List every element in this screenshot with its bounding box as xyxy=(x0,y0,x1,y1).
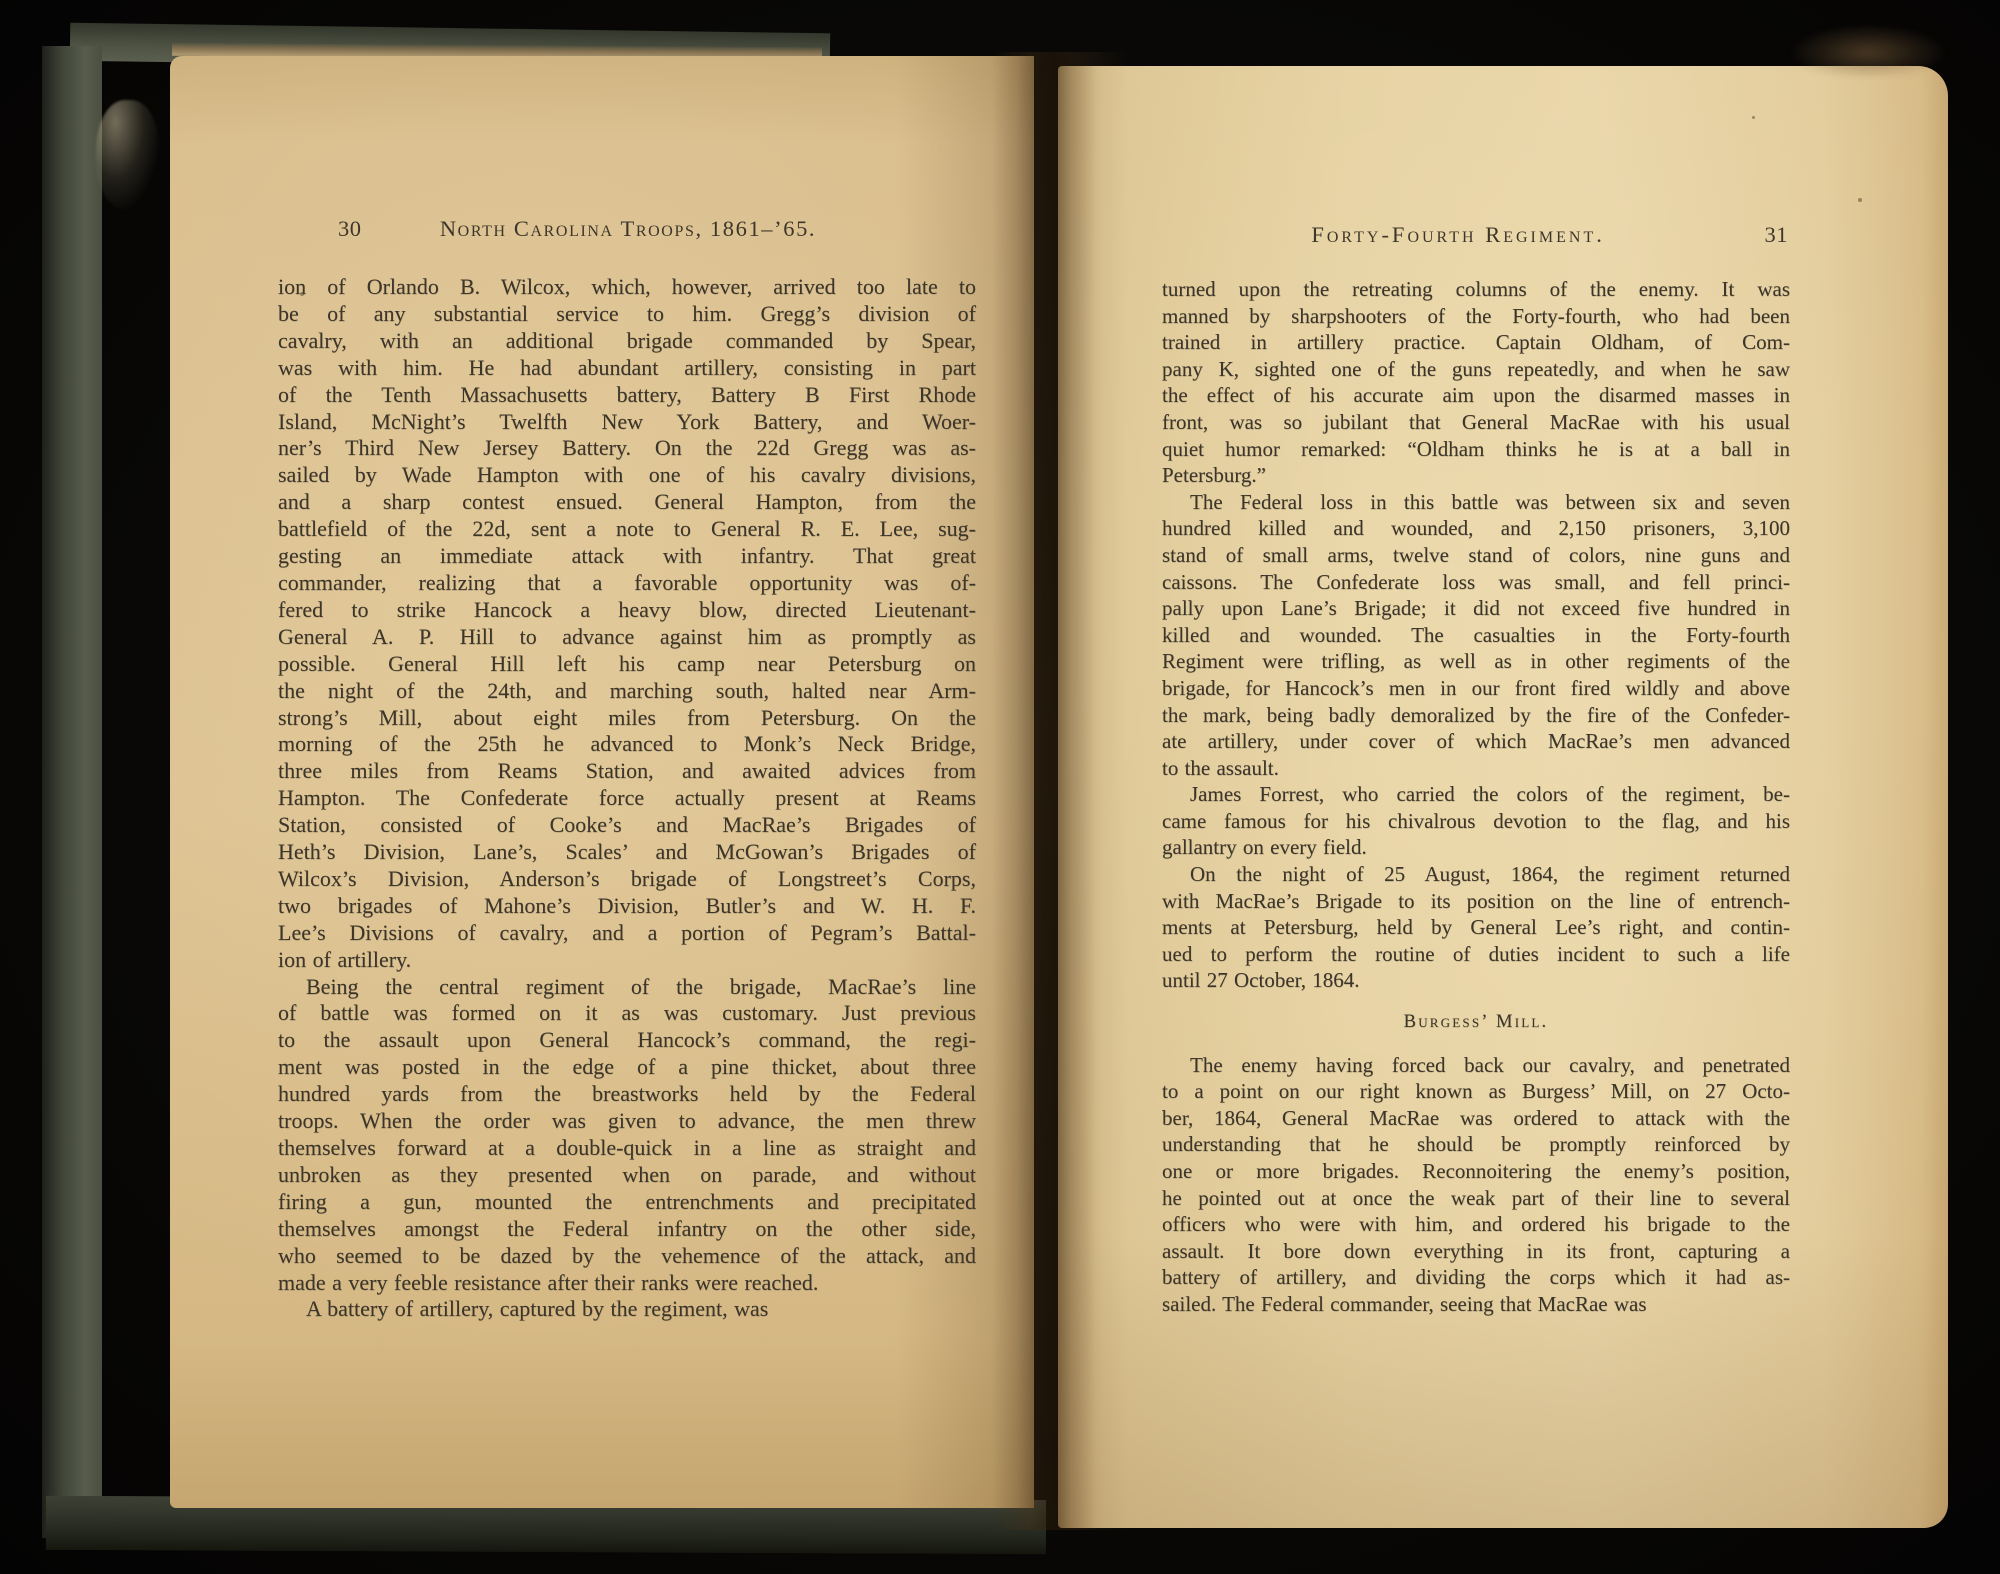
text-line: James Forrest, who carried the colors of… xyxy=(1162,781,1790,808)
text-line: the effect of his accurate aim upon the … xyxy=(1162,382,1790,409)
paragraph: turned upon the retreating columns of th… xyxy=(1162,276,1790,489)
text-line: The Federal loss in this battle was betw… xyxy=(1162,489,1790,516)
text-line: front, was so jubilant that General MacR… xyxy=(1162,409,1790,436)
page-speck xyxy=(300,292,304,296)
text-line: Station, consisted of Cooke’s and MacRae… xyxy=(278,812,976,839)
text-line: came famous for his chivalrous devotion … xyxy=(1162,808,1790,835)
text-line: ued to perform the routine of duties inc… xyxy=(1162,941,1790,968)
text-line: two brigades of Mahone’s Division, Butle… xyxy=(278,893,976,920)
text-line: made a very feeble resistance after thei… xyxy=(278,1270,976,1297)
text-line: Hampton. The Confederate force actually … xyxy=(278,785,976,812)
left-running-head: 30 North Carolina Troops, 1861–’65. xyxy=(278,216,978,248)
stacked-page-edges xyxy=(86,56,180,1508)
text-line: battlefield of the 22d, sent a note to G… xyxy=(278,516,976,543)
text-line: themselves forward at a double-quick in … xyxy=(278,1135,976,1162)
text-line: the night of the 24th, and marching sout… xyxy=(278,678,976,705)
text-line: A battery of artillery, captured by the … xyxy=(278,1296,976,1323)
text-line: strong’s Mill, about eight miles from Pe… xyxy=(278,705,976,732)
text-line: to the assault upon General Hancock’s co… xyxy=(278,1027,976,1054)
left-header-title: North Carolina Troops, 1861–’65. xyxy=(440,216,816,242)
text-line: The enemy having forced back our cavalry… xyxy=(1162,1052,1790,1079)
text-line: Lee’s Divisions of cavalry, and a portio… xyxy=(278,920,976,947)
text-line: Island, McNight’s Twelfth New York Batte… xyxy=(278,409,976,436)
text-line: On the night of 25 August, 1864, the reg… xyxy=(1162,861,1790,888)
text-line: ments at Petersburg, held by General Lee… xyxy=(1162,914,1790,941)
text-line: sailed. The Federal commander, seeing th… xyxy=(1162,1291,1790,1318)
right-page-number: 31 xyxy=(1765,222,1789,248)
text-line: pally upon Lane’s Brigade; it did not ex… xyxy=(1162,595,1790,622)
text-line: killed and wounded. The casualties in th… xyxy=(1162,622,1790,649)
text-line: to the assault. xyxy=(1162,755,1790,782)
text-line: stand of small arms, twelve stand of col… xyxy=(1162,542,1790,569)
text-line: themselves amongst the Federal infantry … xyxy=(278,1216,976,1243)
text-line: General A. P. Hill to advance against hi… xyxy=(278,624,976,651)
book-photo: 30 North Carolina Troops, 1861–’65. ion … xyxy=(0,0,2000,1574)
paragraph: ion of Orlando B. Wilcox, which, however… xyxy=(278,274,976,974)
text-line: quiet humor remarked: “Oldham thinks he … xyxy=(1162,436,1790,463)
text-line: firing a gun, mounted the entrenchments … xyxy=(278,1189,976,1216)
paragraph: James Forrest, who carried the colors of… xyxy=(1162,781,1790,861)
paragraph: The Federal loss in this battle was betw… xyxy=(1162,489,1790,782)
text-line: three miles from Reams Station, and awai… xyxy=(278,758,976,785)
page-speck xyxy=(1858,198,1862,202)
text-line: the mark, being badly demoralized by the… xyxy=(1162,702,1790,729)
paragraph: On the night of 25 August, 1864, the reg… xyxy=(1162,861,1790,994)
text-line: caissons. The Confederate loss was small… xyxy=(1162,569,1790,596)
text-line: and a sharp contest ensued. General Hamp… xyxy=(278,489,976,516)
text-line: of battle was formed on it as was custom… xyxy=(278,1000,976,1027)
text-line: gallantry on every field. xyxy=(1162,834,1790,861)
text-line: until 27 October, 1864. xyxy=(1162,967,1790,994)
left-page: 30 North Carolina Troops, 1861–’65. ion … xyxy=(170,56,1034,1508)
left-page-body: ion of Orlando B. Wilcox, which, however… xyxy=(278,274,976,1323)
photo-smudge xyxy=(1788,24,1948,76)
text-line: who seemed to be dazed by the vehemence … xyxy=(278,1243,976,1270)
paragraph: A battery of artillery, captured by the … xyxy=(278,1296,976,1323)
text-line: hundred killed and wounded, and 2,150 pr… xyxy=(1162,515,1790,542)
right-header-title: Forty-Fourth Regiment. xyxy=(1311,222,1605,248)
text-line: trained in artillery practice. Captain O… xyxy=(1162,329,1790,356)
text-line: assault. It bore down everything in its … xyxy=(1162,1238,1790,1265)
text-line: of the Tenth Massachusetts battery, Batt… xyxy=(278,382,976,409)
text-line: fered to strike Hancock a heavy blow, di… xyxy=(278,597,976,624)
text-line: one or more brigades. Reconnoitering the… xyxy=(1162,1158,1790,1185)
text-line: ate artillery, under cover of which MacR… xyxy=(1162,728,1790,755)
text-line: gesting an immediate attack with infantr… xyxy=(278,543,976,570)
text-line: officers who were with him, and ordered … xyxy=(1162,1211,1790,1238)
paragraph: The enemy having forced back our cavalry… xyxy=(1162,1052,1790,1318)
text-line: commander, realizing that a favorable op… xyxy=(278,570,976,597)
text-line: Petersburg.” xyxy=(1162,462,1790,489)
text-line: brigade, for Hancock’s men in our front … xyxy=(1162,675,1790,702)
page-speck xyxy=(1752,116,1755,119)
left-page-number: 30 xyxy=(338,216,362,242)
text-line: Wilcox’s Division, Anderson’s brigade of… xyxy=(278,866,976,893)
text-line: ber, 1864, General MacRae was ordered to… xyxy=(1162,1105,1790,1132)
text-line: sailed by Wade Hampton with one of his c… xyxy=(278,462,976,489)
text-line: with MacRae’s Brigade to its position on… xyxy=(1162,888,1790,915)
text-line: hundred yards from the breastworks held … xyxy=(278,1081,976,1108)
text-line: turned upon the retreating columns of th… xyxy=(1162,276,1790,303)
text-line: Regiment were trifling, as well as in ot… xyxy=(1162,648,1790,675)
text-line: Being the central regiment of the brigad… xyxy=(278,974,976,1001)
right-page-body: turned upon the retreating columns of th… xyxy=(1162,276,1790,1318)
text-line: morning of the 25th he advanced to Monk’… xyxy=(278,731,976,758)
text-line: battery of artillery, and dividing the c… xyxy=(1162,1264,1790,1291)
text-line: be of any substantial service to him. Gr… xyxy=(278,301,976,328)
text-line: ner’s Third New Jersey Battery. On the 2… xyxy=(278,435,976,462)
text-line: understanding that he should be promptly… xyxy=(1162,1131,1790,1158)
text-line: unbroken as they presented when on parad… xyxy=(278,1162,976,1189)
text-line: to a point on our right known as Burgess… xyxy=(1162,1078,1790,1105)
text-line: ion of Orlando B. Wilcox, which, however… xyxy=(278,274,976,301)
section-heading: Burgess’ Mill. xyxy=(1162,1009,1790,1036)
text-line: cavalry, with an additional brigade comm… xyxy=(278,328,976,355)
text-line: ion of artillery. xyxy=(278,947,976,974)
text-line: Heth’s Division, Lane’s, Scales’ and McG… xyxy=(278,839,976,866)
text-line: pany K, sighted one of the guns repeated… xyxy=(1162,356,1790,383)
text-line: was with him. He had abundant artillery,… xyxy=(278,355,976,382)
text-line: ment was posted in the edge of a pine th… xyxy=(278,1054,976,1081)
text-line: troops. When the order was given to adva… xyxy=(278,1108,976,1135)
text-line: he pointed out at once the weak part of … xyxy=(1162,1185,1790,1212)
text-line: manned by sharpshooters of the Forty-fou… xyxy=(1162,303,1790,330)
right-running-head: Forty-Fourth Regiment. 31 xyxy=(1162,222,1792,254)
paragraph: Being the central regiment of the brigad… xyxy=(278,974,976,1297)
right-page: Forty-Fourth Regiment. 31 turned upon th… xyxy=(1058,66,1948,1528)
text-line: possible. General Hill left his camp nea… xyxy=(278,651,976,678)
